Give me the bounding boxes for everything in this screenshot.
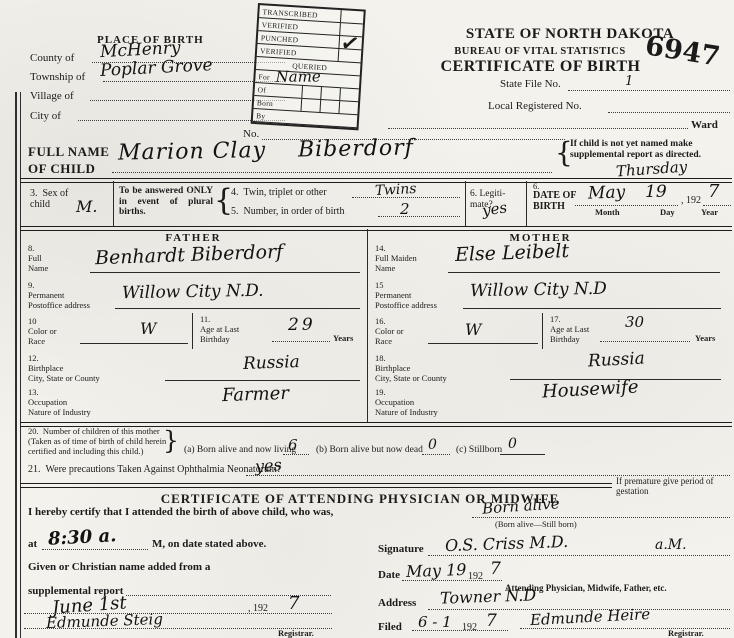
filed-year-prefix: 192 bbox=[462, 622, 477, 633]
local-registered-label: Local Registered No. bbox=[488, 100, 582, 112]
dotted-line bbox=[112, 172, 552, 173]
father-race-value: W bbox=[140, 319, 156, 338]
dotted-line bbox=[388, 128, 688, 129]
father-birthplace-value: Russia bbox=[243, 352, 300, 374]
stamp-born-label: Born bbox=[254, 97, 301, 109]
date-label: Date bbox=[378, 569, 400, 581]
state-file-label: State File No. bbox=[500, 78, 561, 90]
dotted-line bbox=[42, 549, 148, 550]
dotted-line bbox=[600, 341, 690, 342]
birth-certificate-document: PLACE OF BIRTH County of McHenry Townshi… bbox=[0, 0, 734, 638]
dotted-line bbox=[412, 630, 508, 631]
time-suffix: M, on date stated above. bbox=[152, 538, 266, 550]
filed-value: 6 - 1 bbox=[418, 613, 452, 631]
premature-note: If premature give period of gestation bbox=[616, 476, 728, 497]
registrar-label: Registrar. bbox=[278, 629, 314, 638]
registrar2-label: Registrar. bbox=[668, 629, 704, 638]
full-name-label-1: FULL NAME bbox=[28, 144, 109, 160]
state-file-value: 1 bbox=[625, 74, 633, 89]
mother-race-value: W bbox=[465, 320, 481, 339]
mother-years-label: Years bbox=[695, 334, 715, 344]
dotted-line bbox=[575, 205, 678, 206]
children-count-label: 20. Number of children of this mother (T… bbox=[28, 427, 166, 456]
brace-glyph: } bbox=[163, 426, 179, 455]
date-year-value: 7 bbox=[490, 559, 501, 579]
stamp-for-value: Name bbox=[276, 67, 321, 85]
stamp-of-label: Of bbox=[254, 84, 301, 96]
signature-am: a.M. bbox=[655, 537, 687, 553]
cell-divider bbox=[526, 181, 527, 226]
mother-age-value: 30 bbox=[625, 313, 644, 331]
write-line bbox=[463, 308, 721, 309]
born-alive-sub: (Born alive—Still born) bbox=[495, 520, 577, 530]
born-dead-value: 0 bbox=[428, 437, 437, 453]
father-years-label: Years bbox=[333, 334, 353, 344]
father-name-value: Benhardt Biberdorf bbox=[95, 241, 284, 270]
dotted-line bbox=[422, 454, 450, 455]
mother-occupation-label: 19. Occupation Nature of Industry bbox=[375, 388, 438, 417]
dob-label: DATE OF BIRTH bbox=[533, 190, 588, 212]
dotted-line bbox=[428, 555, 730, 556]
registrar-year-value: 7 bbox=[288, 593, 299, 614]
plural-note: To be answered ONLY in event of plural b… bbox=[119, 186, 213, 218]
write-line bbox=[428, 343, 538, 344]
at-label: at bbox=[28, 538, 37, 550]
dob-month-value: May bbox=[588, 182, 626, 203]
mother-birthplace-value: Russia bbox=[588, 349, 646, 372]
bureau-title: BUREAU OF VITAL STATISTICS bbox=[400, 46, 680, 57]
father-name-label: 8. Full Name bbox=[28, 244, 48, 273]
dotted-line bbox=[472, 517, 730, 518]
rule bbox=[20, 483, 612, 488]
address-label: Address bbox=[378, 597, 416, 609]
child-name-value: Marion Clay Biberdorf bbox=[118, 135, 414, 165]
father-address-value: Willow City N.D. bbox=[122, 281, 264, 303]
county-label: County of bbox=[30, 52, 74, 64]
write-line bbox=[90, 272, 360, 273]
dotted-line bbox=[378, 216, 460, 217]
ophthalmia-label: 21. Were precautions Taken Against Ophth… bbox=[28, 464, 281, 475]
transcription-stamp: TRANSCRIBED VERIFIED PUNCHED VERIFIED QU… bbox=[251, 3, 366, 130]
cell-divider bbox=[113, 181, 114, 226]
birth-order-label: 5. Number, in order of birth bbox=[231, 206, 344, 217]
father-age-label: 11. Age at Last Birthday bbox=[200, 315, 239, 344]
township-label: Township of bbox=[30, 71, 85, 83]
dotted-line bbox=[703, 205, 731, 206]
mother-age-label: 17. Age at Last Birthday bbox=[550, 315, 589, 344]
dotted-line bbox=[272, 341, 330, 342]
dotted-line bbox=[608, 112, 730, 113]
certificate-title: CERTIFICATE OF BIRTH bbox=[398, 58, 683, 76]
signature-value: O.S. Criss M.D. bbox=[445, 532, 569, 555]
village-label: Village of bbox=[30, 90, 74, 102]
mother-occupation-value: Housewife bbox=[542, 376, 639, 402]
city-label: City of bbox=[30, 110, 61, 122]
write-line bbox=[448, 272, 720, 273]
born-dead-label: (b) Born alive but now dead bbox=[316, 445, 423, 456]
write-line bbox=[115, 308, 360, 309]
mother-name-value: Else Leibelt bbox=[455, 240, 570, 266]
filed-label: Filed bbox=[378, 621, 402, 633]
mother-name-label: 14. Full Maiden Name bbox=[375, 244, 417, 273]
dotted-line bbox=[283, 454, 309, 455]
cell-divider bbox=[542, 313, 543, 349]
dob-day-value: 19 bbox=[645, 182, 667, 202]
father-address-label: 9. Permanent Postoffice address bbox=[28, 281, 90, 310]
dotted-line bbox=[402, 580, 502, 581]
certify-text: I hereby certify that I attended the bir… bbox=[28, 506, 333, 518]
cell-divider bbox=[192, 313, 193, 349]
write-line bbox=[80, 343, 188, 344]
year-label: Year bbox=[701, 208, 718, 218]
signature-label: Signature bbox=[378, 543, 424, 555]
dob-year-value: 7 bbox=[708, 181, 719, 202]
column-divider bbox=[367, 229, 368, 422]
month-label: Month bbox=[595, 208, 620, 218]
father-race-label: 10 Color or Race bbox=[28, 317, 57, 346]
write-line bbox=[165, 380, 360, 381]
dotted-line bbox=[352, 197, 460, 198]
father-occupation-value: Farmer bbox=[222, 383, 290, 406]
father-age-value: 29 bbox=[288, 315, 316, 335]
born-living-value: 6 bbox=[288, 436, 298, 454]
address-value: Towner N.D bbox=[440, 585, 537, 607]
ward-label: Ward bbox=[691, 119, 718, 131]
ophthalmia-value: yes bbox=[254, 455, 282, 476]
mother-address-label: 15 Permanent Postoffice address bbox=[375, 281, 437, 310]
time-value: 8:30 a. bbox=[47, 525, 116, 550]
mother-address-value: Willow City N.D bbox=[470, 279, 607, 301]
day-label: Day bbox=[660, 208, 675, 218]
not-named-note: If child is not yet named make supplemen… bbox=[570, 139, 725, 161]
stillborn-value: 0 bbox=[508, 436, 517, 452]
twin-label: 4. Twin, triplet or other bbox=[231, 187, 327, 198]
dotted-line bbox=[126, 595, 331, 596]
stamp-check-cell bbox=[340, 10, 364, 23]
cell-divider bbox=[465, 181, 466, 226]
father-occupation-label: 13. Occupation Nature of Industry bbox=[28, 388, 91, 417]
rule bbox=[20, 226, 732, 231]
mother-race-label: 16. Color or Race bbox=[375, 317, 404, 346]
father-birthplace-label: 12. Birthplace City, State or County bbox=[28, 354, 100, 383]
father-header: FATHER bbox=[20, 232, 367, 244]
supplemental-line1: Given or Christian name added from a bbox=[28, 561, 210, 573]
dob-year-prefix: , 192 bbox=[681, 195, 701, 206]
write-line bbox=[500, 454, 545, 455]
dotted-line bbox=[568, 90, 730, 91]
date-value: May 19 bbox=[406, 560, 467, 581]
born-living-label: (a) Born alive and now living bbox=[184, 445, 296, 456]
sex-value: M. bbox=[76, 197, 97, 216]
filed-year-value: 7 bbox=[486, 611, 497, 631]
full-name-label-2: OF CHILD bbox=[28, 161, 95, 177]
left-page-border bbox=[15, 92, 21, 638]
mother-birthplace-label: 18. Birthplace City, State or County bbox=[375, 354, 447, 383]
legitimate-value: yes bbox=[481, 198, 508, 219]
stillborn-label: (c) Stillborn bbox=[456, 445, 502, 456]
